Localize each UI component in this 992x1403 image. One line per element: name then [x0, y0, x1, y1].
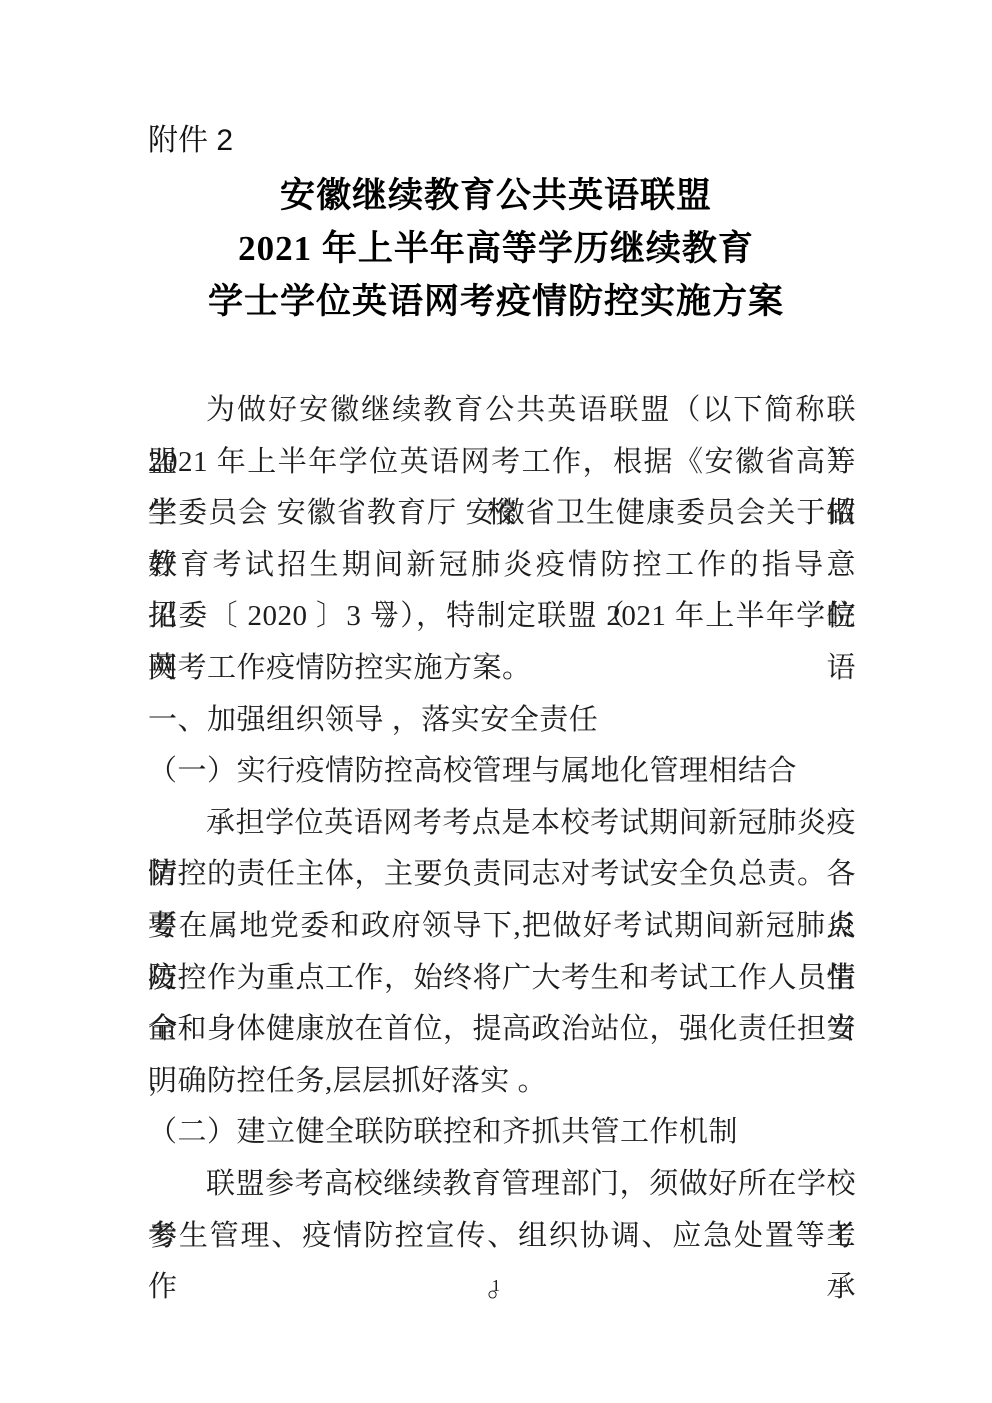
body-line: 防控的责任主体，主要负责同志对考试安全负总责。各考点	[148, 849, 856, 901]
body-line: 2021 年上半年学位英语网考工作，根据《安徽省高等学校招	[148, 437, 856, 489]
body-line: 考生管理、疫情防控宣传、组织协调、应急处置等工作。承	[148, 1211, 856, 1263]
body-line: 明确防控任务,层层抓好落实 。	[148, 1056, 856, 1108]
page-number: 1	[0, 1275, 992, 1297]
body-line: 教育考试招生期间新冠肺炎疫情防控工作的指导意见》（皖	[148, 540, 856, 592]
title-line: 安徽继续教育公共英语联盟	[0, 169, 992, 222]
body-line: 为做好安徽继续教育公共英语联盟（以下简称联盟）	[148, 385, 856, 437]
body-line: 承担学位英语网考考点是本校考试期间新冠肺炎疫情	[148, 798, 856, 850]
body-line: 防控作为重点工作，始终将广大考生和考试工作人员生命安	[148, 953, 856, 1005]
body-text: 为做好安徽继续教育公共英语联盟（以下简称联盟） 2021 年上半年学位英语网考工…	[148, 385, 856, 1262]
section-heading-1: 一、加强组织领导 ，落实安全责任	[148, 695, 856, 747]
body-line: 生委员会 安徽省教育厅 安徽省卫生健康委员会关于做好	[148, 488, 856, 540]
subsection-heading-2: （二）建立健全联防联控和齐抓共管工作机制	[148, 1107, 856, 1159]
body-line: 招委〔 2020 〕3 号），特制定联盟 2021 年上半年学位英语	[148, 591, 856, 643]
title-line: 学士学位英语网考疫情防控实施方案	[0, 275, 992, 328]
document-page: 附件 2 安徽继续教育公共英语联盟 2021 年上半年高等学历继续教育 学士学位…	[0, 0, 992, 1403]
subsection-heading-1: （一）实行疫情防控高校管理与属地化管理相结合	[148, 746, 856, 798]
body-line: 联盟参考高校继续教育管理部门，须做好所在学校参考	[148, 1159, 856, 1211]
body-line: 要在属地党委和政府领导下,把做好考试期间新冠肺炎疫情	[148, 901, 856, 953]
body-line: 全和身体健康放在首位，提高政治站位，强化责任担当 ，	[148, 1004, 856, 1056]
document-title: 安徽继续教育公共英语联盟 2021 年上半年高等学历继续教育 学士学位英语网考疫…	[0, 169, 992, 328]
title-line: 2021 年上半年高等学历继续教育	[0, 222, 992, 275]
attachment-label: 附件 2	[148, 121, 233, 161]
